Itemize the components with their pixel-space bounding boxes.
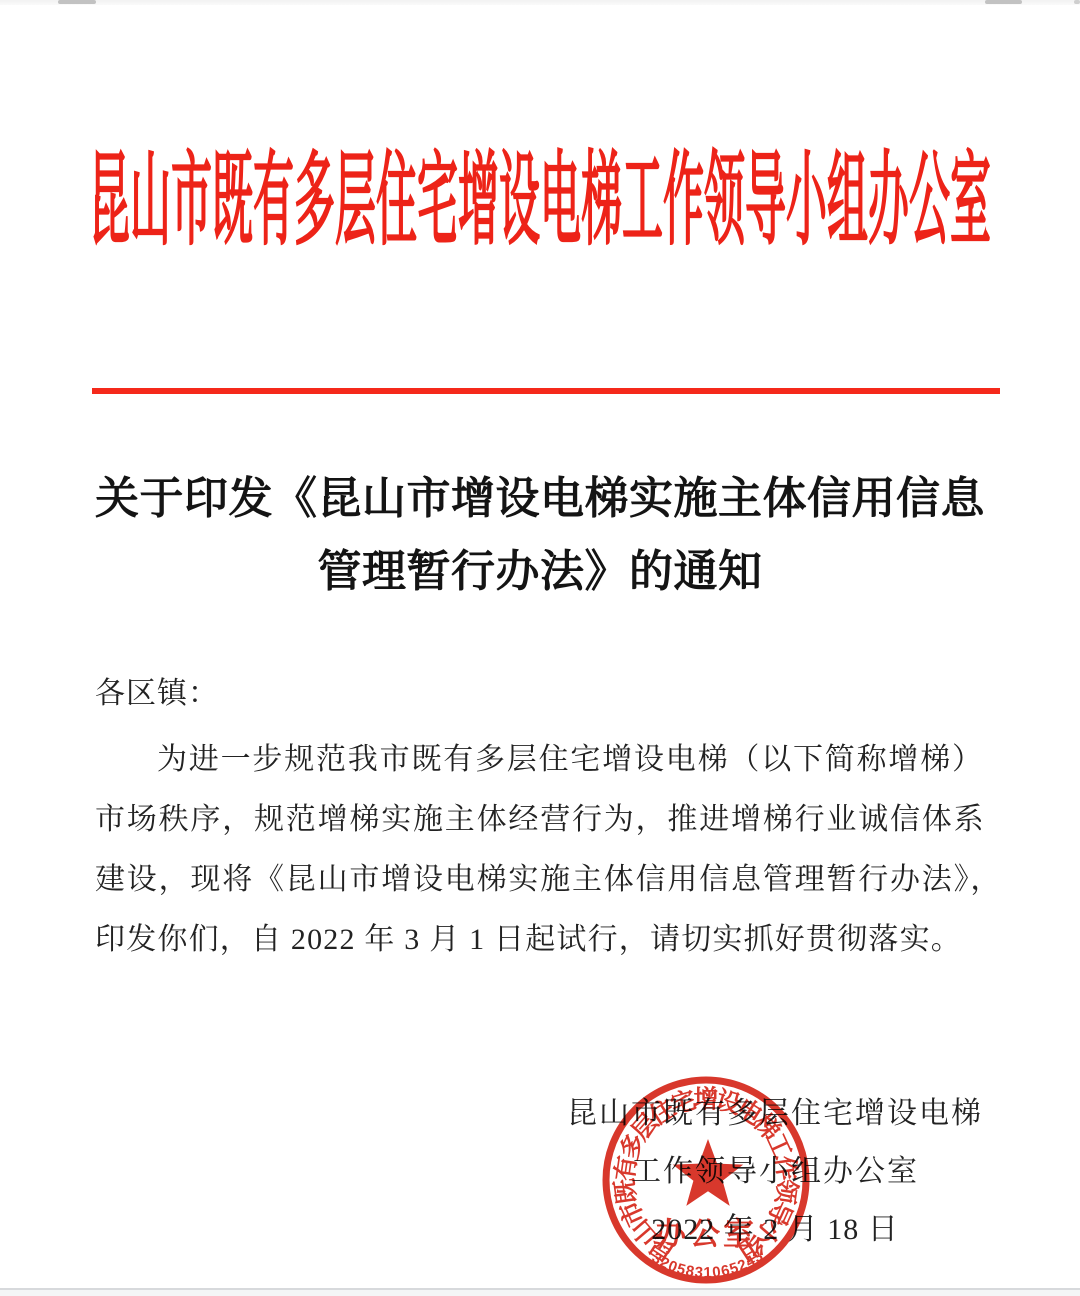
salutation: 各区镇： [95, 672, 219, 716]
bottom-strip [0, 1290, 1080, 1296]
body-line: 市场秩序，规范增梯实施主体经营行为，推进增梯行业诚信体系 [95, 790, 995, 850]
letterhead-divider [92, 388, 1000, 394]
svg-text:3: 3 [694, 1264, 704, 1282]
body-paragraph: 为进一步规范我市既有多层住宅增设电梯（以下简称增梯） 市场秩序，规范增梯实施主体… [95, 730, 995, 970]
document-title-line2: 管理暂行办法》的通知 [0, 535, 1080, 608]
body-line: 为进一步规范我市既有多层住宅增设电梯（以下简称增梯） [95, 730, 995, 790]
svg-text:1: 1 [703, 1264, 712, 1281]
official-seal: 办公室 昆山市既有多层住宅增设电梯工作领导小组3205831065243 [586, 1060, 826, 1296]
top-scroll-strip [0, 0, 1080, 5]
seal-star-icon [673, 1139, 743, 1206]
scrollbar-thumb-left[interactable] [58, 0, 96, 4]
document-title: 关于印发《昆山市增设电梯实施主体信用信息 管理暂行办法》的通知 [0, 462, 1080, 608]
scrollbar-thumb-right[interactable] [985, 0, 1022, 4]
body-line: 印发你们，自 2022 年 3 月 1 日起试行，请切实抓好贯彻落实。 [95, 910, 995, 970]
body-line: 建设，现将《昆山市增设电梯实施主体信用信息管理暂行办法》， [95, 850, 995, 910]
document-page: 昆山市既有多层住宅增设电梯工作领导小组办公室 关于印发《昆山市增设电梯实施主体信… [0, 0, 1080, 1296]
document-title-line1: 关于印发《昆山市增设电梯实施主体信用信息 [0, 462, 1080, 535]
scrollbar-corner [1074, 0, 1080, 4]
letterhead-org-name: 昆山市既有多层住宅增设电梯工作领导小组办公室 [0, 150, 1080, 253]
